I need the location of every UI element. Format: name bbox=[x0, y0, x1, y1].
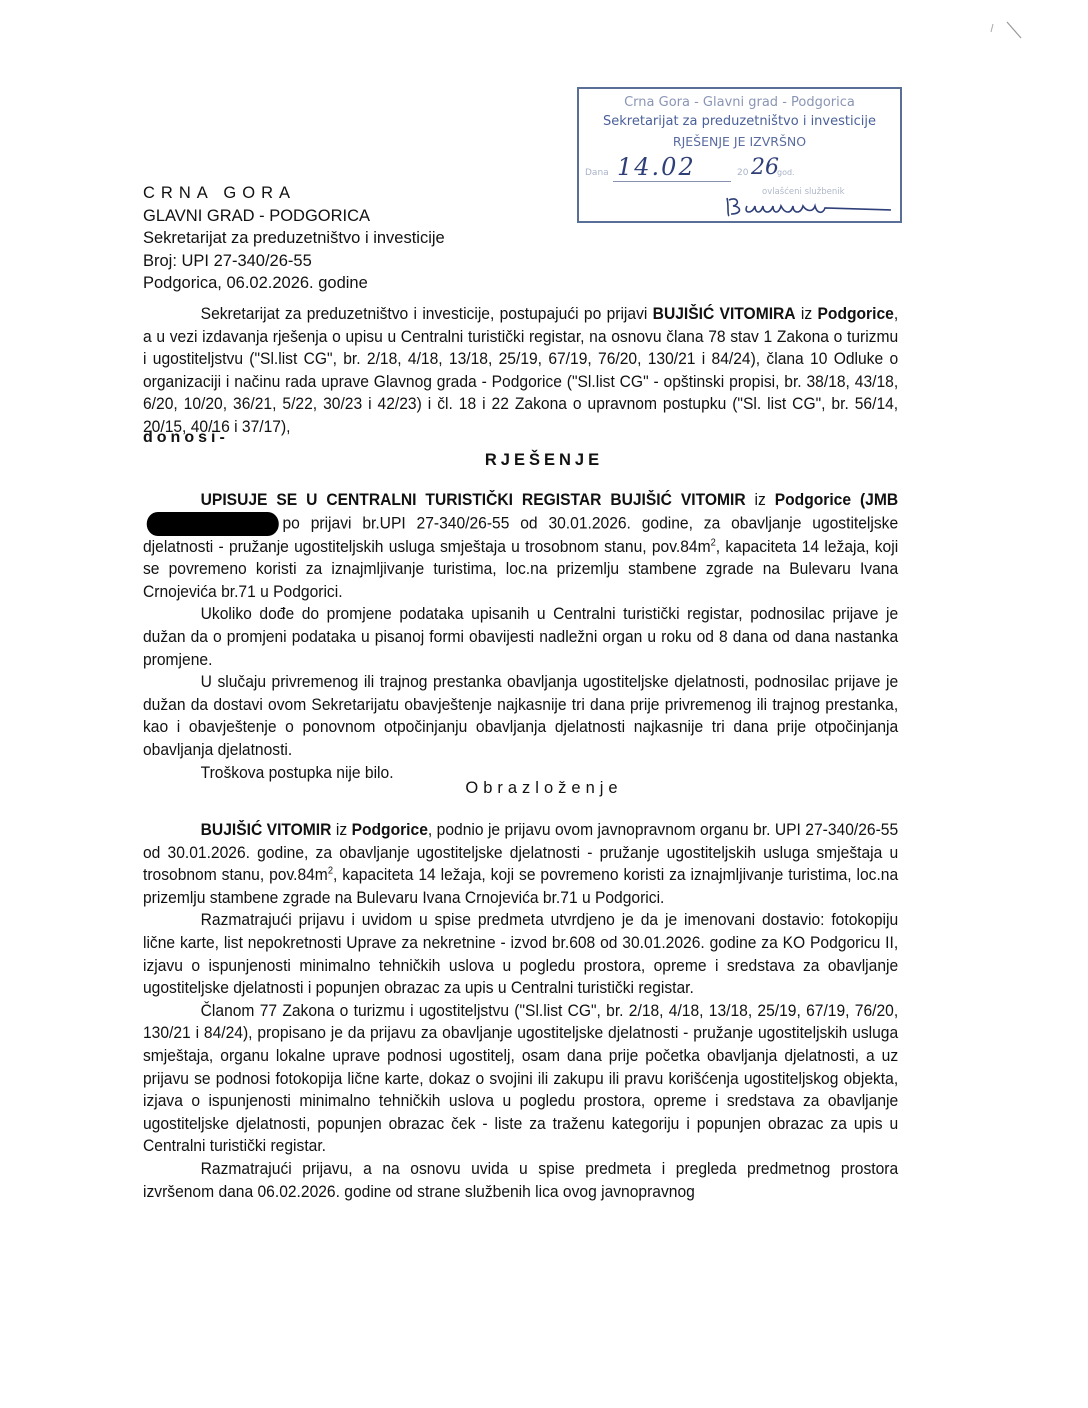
intro-text: iz bbox=[796, 304, 818, 323]
obrazlozenje-section: BUJIŠIĆ VITOMIR iz Podgorice, podnio je … bbox=[143, 819, 898, 1203]
document-header: CRNA GORA GLAVNI GRAD - PODGORICA Sekret… bbox=[143, 182, 445, 295]
stamp-line-authority: Crna Gora - Glavni grad - Podgorica bbox=[579, 95, 900, 110]
stamp-century-label: 20 bbox=[737, 168, 748, 178]
stamp-line-status: RJEŠENJE JE IZVRŠNO bbox=[579, 134, 900, 149]
resenje-section: UPISUJE SE U CENTRALNI TURISTIČKI REGIST… bbox=[143, 489, 898, 784]
header-country: CRNA GORA bbox=[143, 182, 445, 205]
header-reference-number: Broj: UPI 27-340/26-55 bbox=[143, 250, 445, 273]
obrazlozenje-text: iz bbox=[331, 820, 351, 839]
resenje-title: RJEŠENJE bbox=[0, 451, 1088, 470]
jmb-label: (JMB bbox=[860, 490, 898, 509]
redacted-jmb bbox=[147, 512, 279, 536]
obrazlozenje-paragraph-3: Članom 77 Zakona o turizmu i ugostiteljs… bbox=[143, 1000, 898, 1158]
resenje-paragraph-2: Ukoliko dođe do promjene podataka upisan… bbox=[143, 603, 898, 671]
applicant-city: Podgorice bbox=[352, 820, 428, 839]
header-department: Sekretarijat za preduzetništvo i investi… bbox=[143, 227, 445, 250]
applicant-city: Podgorice bbox=[775, 490, 851, 509]
stamp-date-label: Dana bbox=[585, 168, 609, 178]
intro-text: Sekretarijat za preduzetništvo i investi… bbox=[201, 304, 653, 323]
stamp-date-line bbox=[613, 181, 731, 182]
stamp-year-label: god. bbox=[777, 168, 795, 177]
obrazlozenje-paragraph-2: Razmatrajući prijavu i uvidom u spise pr… bbox=[143, 909, 898, 999]
header-city: GLAVNI GRAD - PODGORICA bbox=[143, 205, 445, 228]
applicant-name: BUJIŠIĆ VITOMIR bbox=[201, 820, 332, 839]
obrazlozenje-paragraph-4: Razmatrajući prijavu, a na osnovu uvida … bbox=[143, 1158, 898, 1203]
signature-icon bbox=[719, 192, 899, 220]
document-page: Crna Gora - Glavni grad - Podgorica Sekr… bbox=[0, 0, 1088, 1408]
enforcement-stamp: Crna Gora - Glavni grad - Podgorica Sekr… bbox=[577, 87, 902, 223]
intro-legal-basis: , a u vezi izdavanja rješenja o upisu u … bbox=[143, 304, 898, 436]
donosi-label: donosi- bbox=[143, 429, 229, 447]
stamp-handwritten-year: 26 bbox=[751, 155, 779, 180]
resenje-paragraph-1: UPISUJE SE U CENTRALNI TURISTIČKI REGIST… bbox=[143, 489, 898, 603]
registration-statement: UPISUJE SE U CENTRALNI TURISTIČKI REGIST… bbox=[201, 490, 746, 509]
stamp-handwritten-date: 14.02 bbox=[617, 153, 696, 181]
obrazlozenje-paragraph-1: BUJIŠIĆ VITOMIR iz Podgorice, podnio je … bbox=[143, 819, 898, 909]
stamp-line-department: Sekretarijat za preduzetništvo i investi… bbox=[579, 114, 900, 129]
resenje-paragraph-3: U slučaju privremenog ili trajnog presta… bbox=[143, 671, 898, 761]
applicant-name: BUJIŠIĆ VITOMIRA bbox=[653, 304, 796, 323]
intro-paragraph: Sekretarijat za preduzetništvo i investi… bbox=[143, 303, 898, 439]
header-place-date: Podgorica, 06.02.2026. godine bbox=[143, 272, 445, 295]
intro-section: Sekretarijat za preduzetništvo i investi… bbox=[143, 303, 898, 439]
resenje-text: iz bbox=[746, 490, 775, 509]
scan-artifact-marks bbox=[985, 10, 1045, 50]
obrazlozenje-title: Obrazloženje bbox=[0, 779, 1088, 798]
applicant-city: Podgorice bbox=[817, 304, 893, 323]
